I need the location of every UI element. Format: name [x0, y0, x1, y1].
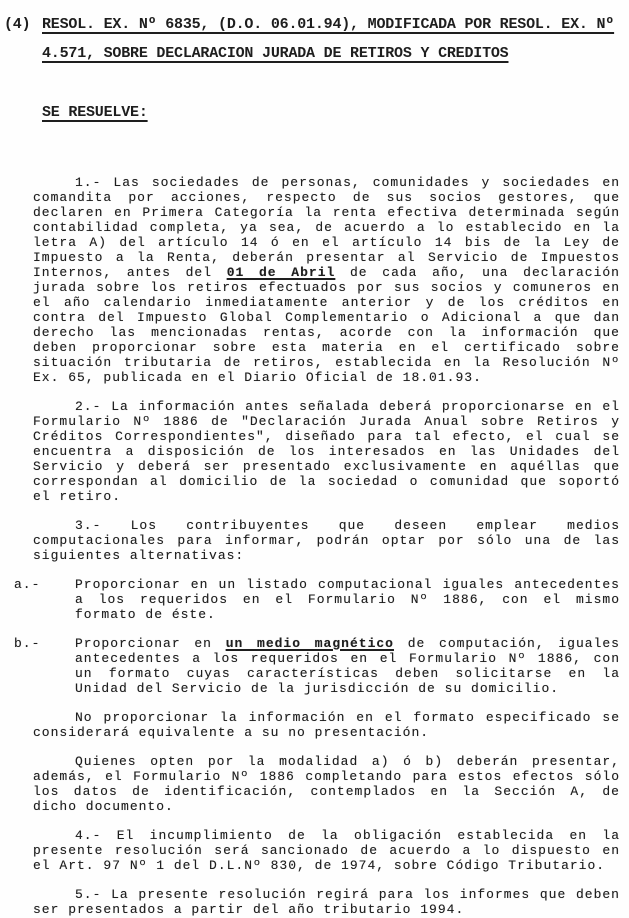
paragraph-5: 5.- La presente resolución regirá para l… [33, 887, 620, 917]
list-item-a-marker: a.- [14, 577, 75, 622]
se-resuelve-heading: SE RESUELVE: [42, 98, 620, 127]
se-resuelve-text: SE RESUELVE: [42, 104, 148, 121]
list-item-a: a.- Proporcionar en un listado computaci… [14, 577, 620, 622]
item-number: (4) [4, 10, 42, 39]
resolution-title-line-1: RESOL. EX. Nº 6835, (D.O. 06.01.94), MOD… [42, 10, 620, 39]
document-page: (4) RESOL. EX. Nº 6835, (D.O. 06.01.94),… [0, 0, 629, 918]
paragraph-quienes: Quienes opten por la modalidad a) ó b) d… [33, 754, 620, 814]
highlight-01-de-abril: 01 de Abril [227, 265, 336, 280]
resolution-heading: (4) RESOL. EX. Nº 6835, (D.O. 06.01.94),… [4, 10, 620, 68]
paragraph-3: 3.- Los contribuyentes que deseen emplea… [33, 518, 620, 563]
paragraph-1: 1.- Las sociedades de personas, comunida… [33, 175, 620, 385]
list-item-b: b.- Proporcionar en un medio magnético d… [14, 636, 620, 696]
highlight-medio-magnetico: un medio magnético [226, 636, 394, 651]
paragraph-2: 2.- La información antes señalada deberá… [33, 399, 620, 504]
paragraph-no-proporcionar: No proporcionar la información en el for… [33, 710, 620, 740]
paragraph-4: 4.- El incumplimiento de la obligación e… [33, 828, 620, 873]
list-item-b-marker: b.- [14, 636, 75, 696]
list-item-b-text: Proporcionar en un medio magnético de co… [75, 636, 620, 696]
list-item-b-text-before: Proporcionar en [75, 636, 226, 651]
resolution-title-text-1: RESOL. EX. Nº 6835, (D.O. 06.01.94), MOD… [42, 16, 614, 33]
resolution-body: 1.- Las sociedades de personas, comunida… [33, 175, 620, 917]
resolution-title-line-2: 4.571, SOBRE DECLARACION JURADA DE RETIR… [42, 39, 620, 68]
resolution-title-text-2: 4.571, SOBRE DECLARACION JURADA DE RETIR… [42, 45, 508, 62]
list-item-a-text: Proporcionar en un listado computacional… [75, 577, 620, 622]
paragraph-1-text-after: de cada año, una declaración jurada sobr… [33, 265, 620, 385]
resolution-title: RESOL. EX. Nº 6835, (D.O. 06.01.94), MOD… [42, 10, 620, 68]
